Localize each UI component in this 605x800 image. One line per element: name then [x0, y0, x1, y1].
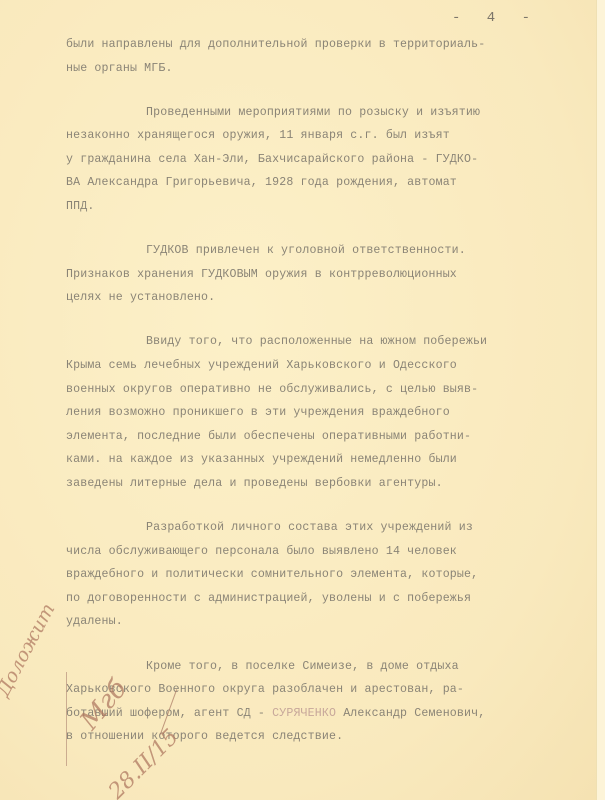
text-line: Крыма семь лечебных учреждений Харьковск…	[66, 354, 566, 378]
text-line: числа обслуживающего персонала было выяв…	[66, 540, 566, 564]
page-number: - 4 -	[452, 10, 539, 26]
text-line: ГУДКОВ привлечен к уголовной ответственн…	[66, 239, 566, 263]
text-line: Ввиду того, что расположенные на южном п…	[66, 330, 566, 354]
text-line: Харьковского Военного округа разоблачен …	[66, 678, 566, 702]
text-segment: Александр Семенович,	[336, 707, 485, 720]
text-line: ППД.	[66, 195, 566, 219]
text-line: Разработкой личного состава этих учрежде…	[66, 516, 566, 540]
paragraph-agent-arrest: Кроме того, в поселке Симеизе, в доме от…	[66, 655, 566, 749]
text-line: Кроме того, в поселке Симеизе, в доме от…	[66, 655, 566, 679]
agent-name: СУРЯЧЕНКО	[272, 707, 336, 720]
paragraph-gudkov-liability: ГУДКОВ привлечен к уголовной ответственн…	[66, 239, 566, 310]
paragraph-weapon-seizure: Проведенными мероприятиями по розыску и …	[66, 101, 566, 219]
text-line: были направлены для дополнительной прове…	[66, 33, 566, 57]
text-line: в отношении которого ведется следствие.	[66, 725, 566, 749]
text-line: Проведенными мероприятиями по розыску и …	[66, 101, 566, 125]
document-body: были направлены для дополнительной прове…	[66, 33, 566, 769]
text-line: ками. на каждое из указанных учреждений …	[66, 448, 566, 472]
text-line: удалены.	[66, 610, 566, 634]
page-edge	[596, 0, 605, 800]
text-line: военных округов оперативно не обслуживал…	[66, 378, 566, 402]
text-line: ботавший шофером, агент СД - СУРЯЧЕНКО А…	[66, 702, 566, 726]
text-line: ные органы МГБ.	[66, 57, 566, 81]
text-line: Признаков хранения ГУДКОВЫМ оружия в кон…	[66, 263, 566, 287]
handwritten-margin-line	[66, 672, 67, 766]
text-line: по договоренности с администрацией, увол…	[66, 587, 566, 611]
text-line: ления возможно проникшего в эти учрежден…	[66, 401, 566, 425]
text-line: враждебного и политически сомнительного …	[66, 563, 566, 587]
paragraph-medical-institutions: Ввиду того, что расположенные на южном п…	[66, 330, 566, 495]
paragraph-mgb-check: были направлены для дополнительной прове…	[66, 33, 566, 80]
text-line: целях не установлено.	[66, 286, 566, 310]
paragraph-staff-vetting: Разработкой личного состава этих учрежде…	[66, 516, 566, 634]
text-line: ВА Александра Григорьевича, 1928 года ро…	[66, 171, 566, 195]
text-line: незаконно хранящегося оружия, 11 января …	[66, 124, 566, 148]
text-line: заведены литерные дела и проведены вербо…	[66, 472, 566, 496]
text-line: элемента, последние были обеспечены опер…	[66, 425, 566, 449]
text-line: у гражданина села Хан-Эли, Бахчисарайско…	[66, 148, 566, 172]
